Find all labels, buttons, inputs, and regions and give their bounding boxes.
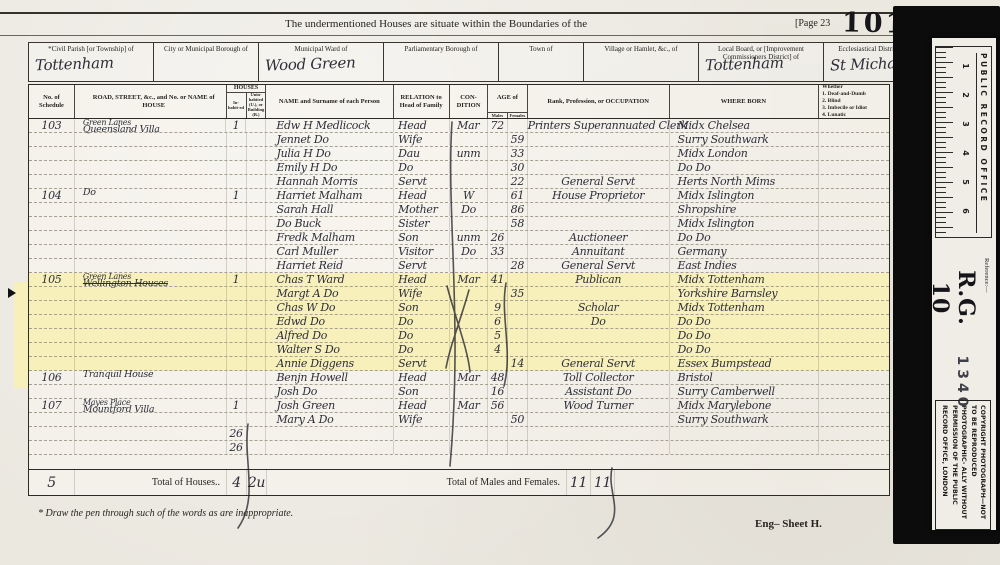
table-row: Harriet ReidServt28General ServtEast Ind… [29, 259, 889, 273]
cell-name: Chas T Ward [266, 273, 394, 286]
cell-uninh [247, 385, 267, 398]
cell-sched [29, 287, 75, 300]
highlight-margin-strip [14, 282, 28, 388]
cell-dis [819, 147, 889, 160]
cell-am [488, 175, 508, 188]
cell-uninh [247, 189, 267, 202]
cell-am [488, 217, 508, 230]
table-row: 106Tranquil HouseBenjn HowellHeadMar48To… [29, 371, 889, 385]
cell-am: 5 [488, 329, 508, 342]
col-name-header: NAME and Surname of each Person [266, 85, 394, 118]
cell-af [508, 399, 528, 412]
cell-dis [819, 273, 889, 286]
table-row: 105Green LanesWellington Houses1Chas T W… [29, 273, 889, 287]
cell-sched [29, 217, 75, 230]
cell-am [488, 133, 508, 146]
cell-sched [29, 385, 75, 398]
cell-cond [450, 413, 488, 426]
cell-occ: Assistant Do [528, 385, 670, 398]
cell-occ [528, 203, 670, 216]
cell-sched [29, 203, 75, 216]
cell-sched [29, 231, 75, 244]
cell-dis [819, 329, 889, 342]
cell-born: Germany [670, 245, 820, 258]
cell-af: 58 [508, 217, 528, 230]
cell-name: Do Buck [266, 217, 394, 230]
cell-road [75, 259, 227, 272]
cell-inh [227, 133, 247, 146]
field-municipal-ward: Municipal Ward of Wood Green [259, 43, 384, 81]
cell-name: Hannah Morris [266, 175, 394, 188]
cell-sched: 105 [29, 273, 75, 286]
table-header-row: No. of Schedule ROAD, STREET, &c., and N… [29, 85, 889, 119]
cell-af [508, 385, 528, 398]
cell-am: 33 [488, 245, 508, 258]
copyright-notice: COPYRIGHT PHOTOGRAPH—NOT TO BE REPRODUCE… [935, 400, 991, 530]
cell-born: Midx London [670, 147, 820, 160]
cell-am [488, 147, 508, 160]
col-schedule-header: No. of Schedule [29, 85, 75, 118]
cell-name: Harriet Reid [266, 259, 394, 272]
cell-uninh [247, 273, 267, 286]
cell-occ: Toll Collector [528, 371, 670, 384]
cell-rel: Do [394, 343, 450, 356]
field-local-board: Local Board, or [Improvement Commissione… [699, 43, 824, 81]
table-body: 103Green LanesQueensland Villa1Edw H Med… [29, 119, 889, 455]
cell-name: Josh Do [266, 385, 394, 398]
page-top-note: The undermentioned Houses are situate wi… [285, 18, 587, 30]
cell-name: Edw H Medlicock [266, 119, 394, 132]
cell-cond: Mar [450, 371, 488, 384]
table-row: Carl MullerVisitorDo33AnnuitantGermany [29, 245, 889, 259]
cell-rel: Visitor [394, 245, 450, 258]
cell-inh [227, 301, 247, 314]
cell-uninh [247, 259, 267, 272]
sheet-label: Eng– Sheet H. [755, 518, 822, 530]
table-row: 26 [29, 441, 889, 455]
cell-rel: Head [394, 273, 450, 286]
cell-sched [29, 427, 75, 440]
cell-rel: Do [394, 315, 450, 328]
cell-uninh [247, 147, 267, 160]
cell-cond: unm [450, 231, 488, 244]
cell-occ [528, 441, 670, 454]
page-number-label: [Page 23 [795, 18, 830, 29]
cell-inh [227, 161, 247, 174]
totals-filler [615, 470, 889, 495]
cell-cond: W [450, 189, 488, 202]
cell-road [75, 301, 227, 314]
table-row: Annie DiggensServt14General ServtEssex B… [29, 357, 889, 371]
cell-dis [819, 371, 889, 384]
cell-inh [227, 147, 247, 160]
cell-cond: Mar [450, 119, 488, 132]
cell-cond: unm [450, 147, 488, 160]
cell-name: Chas W Do [266, 301, 394, 314]
total-houses-uninhabited: 2u [247, 470, 267, 495]
cell-af: 35 [508, 287, 528, 300]
table-row: Margt A DoWife35Yorkshire Barnsley [29, 287, 889, 301]
table-row: Edwd DoDo6DoDo Do [29, 315, 889, 329]
cell-am: 26 [488, 231, 508, 244]
field-village-hamlet: Village or Hamlet, &c., of [584, 43, 699, 81]
cell-inh [227, 413, 247, 426]
cell-sched [29, 441, 75, 454]
cell-name: Walter S Do [266, 343, 394, 356]
cell-am [488, 357, 508, 370]
cell-born [670, 427, 820, 440]
cell-name: Edwd Do [266, 315, 394, 328]
cell-born: Bristol [670, 371, 820, 384]
cell-dis [819, 203, 889, 216]
cell-am [488, 427, 508, 440]
cell-rel: Servt [394, 357, 450, 370]
cell-inh: 26 [227, 441, 247, 454]
cell-uninh [247, 413, 267, 426]
cell-born: Midx Chelsea [670, 119, 820, 132]
cell-af: 28 [508, 259, 528, 272]
cell-uninh [247, 315, 267, 328]
cell-am: 56 [488, 399, 508, 412]
cell-name: Mary A Do [266, 413, 394, 426]
table-row: Do BuckSister58Midx Islington [29, 217, 889, 231]
cell-af [508, 301, 528, 314]
cell-cond: Do [450, 245, 488, 258]
cell-road: Mayes PlaceMountford Villa [75, 399, 227, 412]
cell-name: Annie Diggens [266, 357, 394, 370]
cell-cond [450, 259, 488, 272]
cell-inh [227, 231, 247, 244]
cell-rel: Son [394, 301, 450, 314]
cell-sched [29, 329, 75, 342]
cell-born: Midx Islington [670, 217, 820, 230]
cell-road [75, 231, 227, 244]
cell-dis [819, 315, 889, 328]
cell-road [75, 343, 227, 356]
cell-born: Surry Southwark [670, 413, 820, 426]
cell-occ [528, 287, 670, 300]
cell-uninh [247, 175, 267, 188]
table-row: Hannah MorrisServt22General ServtHerts N… [29, 175, 889, 189]
table-row: Chas W DoSon9ScholarMidx Tottenham [29, 301, 889, 315]
cell-born: Midx Tottenham [670, 273, 820, 286]
cell-road [75, 329, 227, 342]
col-age-females-header: Females [508, 113, 527, 118]
cell-road [75, 147, 227, 160]
cell-am: 41 [488, 273, 508, 286]
cell-sched [29, 259, 75, 272]
cell-road [75, 133, 227, 146]
cell-rel: Mother [394, 203, 450, 216]
cell-born: Midx Islington [670, 189, 820, 202]
cell-dis [819, 287, 889, 300]
cell-dis [819, 231, 889, 244]
cell-af: 22 [508, 175, 528, 188]
cell-name: Margt A Do [266, 287, 394, 300]
cell-sched [29, 301, 75, 314]
col-whereborn-header: WHERE BORN [670, 85, 820, 118]
cell-am [488, 259, 508, 272]
cell-am: 16 [488, 385, 508, 398]
cell-occ [528, 147, 670, 160]
cell-road [75, 413, 227, 426]
table-row: Sarah HallMotherDo86Shropshire [29, 203, 889, 217]
cell-am [488, 413, 508, 426]
ruler-number: 3 [956, 117, 970, 131]
cell-road [75, 385, 227, 398]
col-disability-header: Whether1. Deaf-and-Dumb2. Blind3. Imbeci… [819, 85, 889, 118]
field-town: Town of [499, 43, 584, 81]
cell-dis [819, 399, 889, 412]
cell-rel: Do [394, 329, 450, 342]
cell-occ: General Servt [528, 259, 670, 272]
cell-uninh [247, 133, 267, 146]
cell-occ: General Servt [528, 175, 670, 188]
cell-occ: Printers Superannuated Clerk [528, 119, 670, 132]
census-scanned-page: The undermentioned Houses are situate wi… [0, 0, 1000, 565]
cell-sched [29, 315, 75, 328]
cell-rel [394, 441, 450, 454]
cell-cond: Mar [450, 273, 488, 286]
cell-rel: Son [394, 231, 450, 244]
cell-af: 14 [508, 357, 528, 370]
cell-inh [227, 259, 247, 272]
cell-sched: 107 [29, 399, 75, 412]
cell-name: Josh Green [266, 399, 394, 412]
public-record-office-label: PUBLIC RECORD OFFICE [976, 53, 988, 233]
cell-inh [227, 315, 247, 328]
cell-rel: Dau [394, 147, 450, 160]
cell-uninh [247, 301, 267, 314]
ruler-ticks-fine [936, 47, 946, 237]
cell-dis [819, 133, 889, 146]
cell-cond [450, 301, 488, 314]
cell-af: 86 [508, 203, 528, 216]
cell-am: 4 [488, 343, 508, 356]
cell-born: East Indies [670, 259, 820, 272]
table-row: Mary A DoWife50Surry Southwark [29, 413, 889, 427]
cell-dis [819, 301, 889, 314]
cell-am [488, 161, 508, 174]
cell-af [508, 343, 528, 356]
cell-name: Jennet Do [266, 133, 394, 146]
blank-row [29, 455, 889, 469]
cell-uninh [247, 217, 267, 230]
table-row: Walter S DoDo4Do Do [29, 343, 889, 357]
cell-dis [819, 385, 889, 398]
cell-af [508, 441, 528, 454]
col-inhabited-header: In-habit-ed [227, 93, 247, 118]
cell-rel: Do [394, 161, 450, 174]
cell-inh [227, 287, 247, 300]
cell-inh [227, 175, 247, 188]
col-road-header: ROAD, STREET, &c., and No. or NAME of HO… [75, 85, 227, 118]
cell-born: Shropshire [670, 203, 820, 216]
cell-cond [450, 427, 488, 440]
cell-born [670, 441, 820, 454]
cell-cond [450, 385, 488, 398]
table-row: Emily H DoDo30Do Do [29, 161, 889, 175]
table-row: 26 [29, 427, 889, 441]
total-females: 11 [591, 470, 615, 495]
cell-inh [227, 371, 247, 384]
cell-name: Carl Muller [266, 245, 394, 258]
cell-rel: Servt [394, 259, 450, 272]
cell-born: Surry Southwark [670, 133, 820, 146]
cell-uninh [247, 161, 267, 174]
col-houses-header: HOUSES In-habit-ed Unin-habited (U.), or… [227, 85, 267, 118]
ruler-number: 1 [956, 59, 970, 73]
cell-cond [450, 133, 488, 146]
cell-road [75, 441, 227, 454]
cell-rel: Head [394, 399, 450, 412]
cell-uninh [247, 399, 267, 412]
total-males-females-label: Total of Males and Females. [267, 470, 567, 495]
cell-inh [227, 203, 247, 216]
cell-occ: Auctioneer [528, 231, 670, 244]
cell-af: 50 [508, 413, 528, 426]
cell-road [75, 203, 227, 216]
col-condition-header: CON- DITION [450, 85, 488, 118]
cell-inh [227, 245, 247, 258]
cell-sched: 106 [29, 371, 75, 384]
cell-sched [29, 161, 75, 174]
cell-occ: Scholar [528, 301, 670, 314]
cell-dis [819, 343, 889, 356]
total-males: 11 [567, 470, 591, 495]
cell-uninh [247, 329, 267, 342]
totals-left-mark: 5 [29, 470, 75, 495]
cell-dis [819, 189, 889, 202]
ruler-ticks-coarse [946, 47, 953, 237]
cell-cond [450, 161, 488, 174]
cell-am: 6 [488, 315, 508, 328]
cell-occ [528, 343, 670, 356]
cell-cond [450, 315, 488, 328]
col-relation-header: RELATION to Head of Family [394, 85, 450, 118]
cell-cond: Mar [450, 399, 488, 412]
cell-occ: Publican [528, 273, 670, 286]
col-occupation-header: Rank, Profession, or OCCUPATION [528, 85, 670, 118]
cell-inh [227, 329, 247, 342]
cell-sched: 104 [29, 189, 75, 202]
cell-af: 59 [508, 133, 528, 146]
cell-uninh [247, 357, 267, 370]
cell-road: Green LanesQueensland Villa [75, 119, 227, 132]
cell-rel: Servt [394, 175, 450, 188]
cell-dis [819, 245, 889, 258]
cell-born: Do Do [670, 329, 820, 342]
cell-uninh [247, 441, 267, 454]
cell-sched: 103 [29, 119, 75, 132]
cell-name: Benjn Howell [266, 371, 394, 384]
cell-born: Midx Marylebone [670, 399, 820, 412]
ruler-number: 6 [956, 204, 970, 218]
cell-inh [227, 343, 247, 356]
cell-road [75, 161, 227, 174]
cell-name: Sarah Hall [266, 203, 394, 216]
totals-row: 5 Total of Houses.. 4 2u Total of Males … [29, 469, 889, 495]
cell-uninh [247, 343, 267, 356]
cell-name: Emily H Do [266, 161, 394, 174]
cell-sched [29, 245, 75, 258]
cell-born: Herts North Mims [670, 175, 820, 188]
cell-af [508, 329, 528, 342]
cell-born: Do Do [670, 343, 820, 356]
cell-name: Julia H Do [266, 147, 394, 160]
cell-rel: Son [394, 385, 450, 398]
cell-dis [819, 259, 889, 272]
cell-am: 48 [488, 371, 508, 384]
cell-inh: 26 [227, 427, 247, 440]
cell-rel: Head [394, 371, 450, 384]
field-parliamentary-borough: Parliamentary Borough of [384, 43, 499, 81]
cell-born: Essex Bumpstead [670, 357, 820, 370]
cell-dis [819, 441, 889, 454]
cell-rel: Sister [394, 217, 450, 230]
cell-occ [528, 413, 670, 426]
cell-uninh [247, 203, 267, 216]
cell-name: Harriet Malham [266, 189, 394, 202]
cell-cond [450, 343, 488, 356]
cell-road: Tranquil House [75, 371, 227, 384]
cell-af: 61 [508, 189, 528, 202]
ruler-number: 5 [956, 175, 970, 189]
cell-occ [528, 329, 670, 342]
cell-rel [394, 427, 450, 440]
cell-uninh [246, 119, 266, 132]
cell-road [75, 315, 227, 328]
cell-born: Do Do [670, 315, 820, 328]
cell-sched [29, 175, 75, 188]
col-uninhabited-header: Unin-habited (U.), or Building (B.) [247, 93, 266, 118]
cell-dis [819, 357, 889, 370]
cell-uninh [247, 427, 267, 440]
col-age-males-header: Males [488, 113, 508, 118]
header-fields-row: *Civil Parish [or Township] of Tottenham… [28, 42, 922, 82]
cell-af: 30 [508, 161, 528, 174]
cell-road: Green LanesWellington Houses [75, 273, 227, 286]
cell-af [508, 427, 528, 440]
cell-born: Do Do [670, 231, 820, 244]
cell-road [75, 217, 227, 230]
cell-born: Yorkshire Barnsley [670, 287, 820, 300]
cell-uninh [247, 287, 267, 300]
table-row: Fredk MalhamSonunm26AuctioneerDo Do [29, 231, 889, 245]
cell-occ [528, 427, 670, 440]
total-houses-inhabited: 4 [227, 470, 247, 495]
cell-af [508, 315, 528, 328]
cell-occ [528, 161, 670, 174]
footnote: * Draw the pen through such of the words… [38, 508, 293, 519]
field-civil-parish: *Civil Parish [or Township] of Tottenham [29, 43, 154, 81]
cell-road: Do [75, 189, 227, 202]
cell-am [488, 287, 508, 300]
cell-dis [819, 119, 889, 132]
cell-inh: 1 [227, 273, 247, 286]
ruler-number: 2 [956, 88, 970, 102]
cell-rel: Head [394, 119, 450, 132]
cell-rel: Head [394, 189, 450, 202]
cell-af [508, 245, 528, 258]
cell-road [75, 287, 227, 300]
cell-sched [29, 133, 75, 146]
rg-series-number: R.G. 10 [945, 250, 979, 346]
cell-born: Surry Camberwell [670, 385, 820, 398]
enumeration-table: No. of Schedule ROAD, STREET, &c., and N… [28, 84, 890, 496]
cell-occ: Do [528, 315, 670, 328]
cell-inh [227, 217, 247, 230]
